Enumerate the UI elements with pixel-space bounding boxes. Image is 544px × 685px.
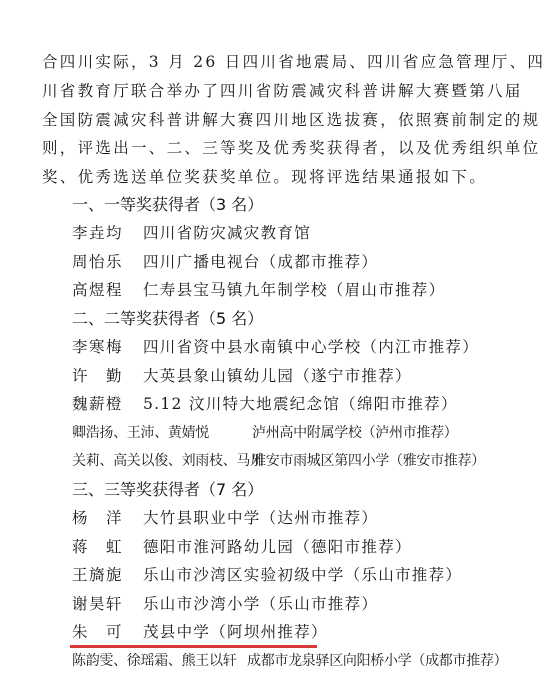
winner-name: 高煜程	[72, 280, 123, 300]
winner-name: 周怡乐	[72, 252, 123, 272]
winner-organization: 5.12 汶川特大地震纪念馆（绵阳市推荐）	[143, 394, 458, 414]
paragraph-line: 合四川实际，3 月 26 日四川省地震局、四川省应急管理厅、四	[42, 52, 544, 72]
winner-name: 朱 可	[72, 622, 123, 642]
paragraph-line: 则，评选出一、二、三等奖及优秀奖获得者，以及优秀组织单位	[42, 138, 540, 158]
winner-name: 王旖旎	[72, 565, 123, 585]
winner-names: 关莉、高关以俊、刘雨枝、马川	[72, 451, 264, 471]
winner-organization: 仁寿县宝马镇九年制学校（眉山市推荐）	[143, 280, 445, 300]
winner-names: 卿浩扬、王沛、黄婧悦	[72, 423, 209, 443]
paragraph-line: 川省教育厅联合举办了四川省防震减灾科普讲解大赛暨第八届	[42, 81, 523, 101]
section-heading-first-prize: 一、一等奖获得者（3 名）	[72, 195, 263, 215]
winner-name: 魏薪橙	[72, 394, 123, 414]
winner-organization: 乐山市沙湾区实验初级中学（乐山市推荐）	[143, 565, 462, 585]
winner-organization: 四川省资中县水南镇中心学校（内江市推荐）	[143, 337, 479, 357]
winner-organization: 乐山市沙湾小学（乐山市推荐）	[143, 594, 378, 614]
winner-name: 杨 洋	[72, 508, 123, 528]
winner-organization: 泸州高中附属学校（泸州市推荐）	[252, 423, 458, 443]
winner-name: 李寒梅	[72, 337, 123, 357]
winner-name: 李垚均	[72, 223, 123, 243]
winner-organization: 大竹县职业中学（达州市推荐）	[143, 508, 378, 528]
winner-organization: 大英县象山镇幼儿园（遂宁市推荐）	[143, 366, 412, 386]
winner-names: 陈韵雯、徐瑶霜、熊王以轩	[72, 651, 236, 671]
section-heading-second-prize: 二、二等奖获得者（5 名）	[72, 309, 263, 329]
winner-organization: 德阳市淮河路幼儿园（德阳市推荐）	[143, 537, 412, 557]
winner-name: 许 勤	[72, 366, 123, 386]
winner-name: 蒋 虹	[72, 537, 123, 557]
winner-organization: 雅安市雨城区第四小学（雅安市推荐）	[252, 451, 485, 471]
winner-organization: 四川广播电视台（成都市推荐）	[143, 252, 378, 272]
winner-organization: 茂县中学（阿坝州推荐）	[143, 622, 328, 642]
winner-organization: 成都市龙泉驿区向阳桥小学（成都市推荐）	[247, 651, 507, 671]
red-highlight-underline	[70, 645, 317, 648]
paragraph-line: 全国防震减灾科普讲解大赛四川地区选拔赛，依照赛前制定的规	[42, 110, 540, 130]
winner-organization: 四川省防灾减灾教育馆	[143, 223, 311, 243]
paragraph-line: 奖、优秀选送单位奖获奖单位。现将评选结果通报如下。	[42, 167, 487, 187]
section-heading-third-prize: 三、三等奖获得者（7 名）	[72, 480, 263, 500]
winner-name: 谢昊轩	[72, 594, 123, 614]
